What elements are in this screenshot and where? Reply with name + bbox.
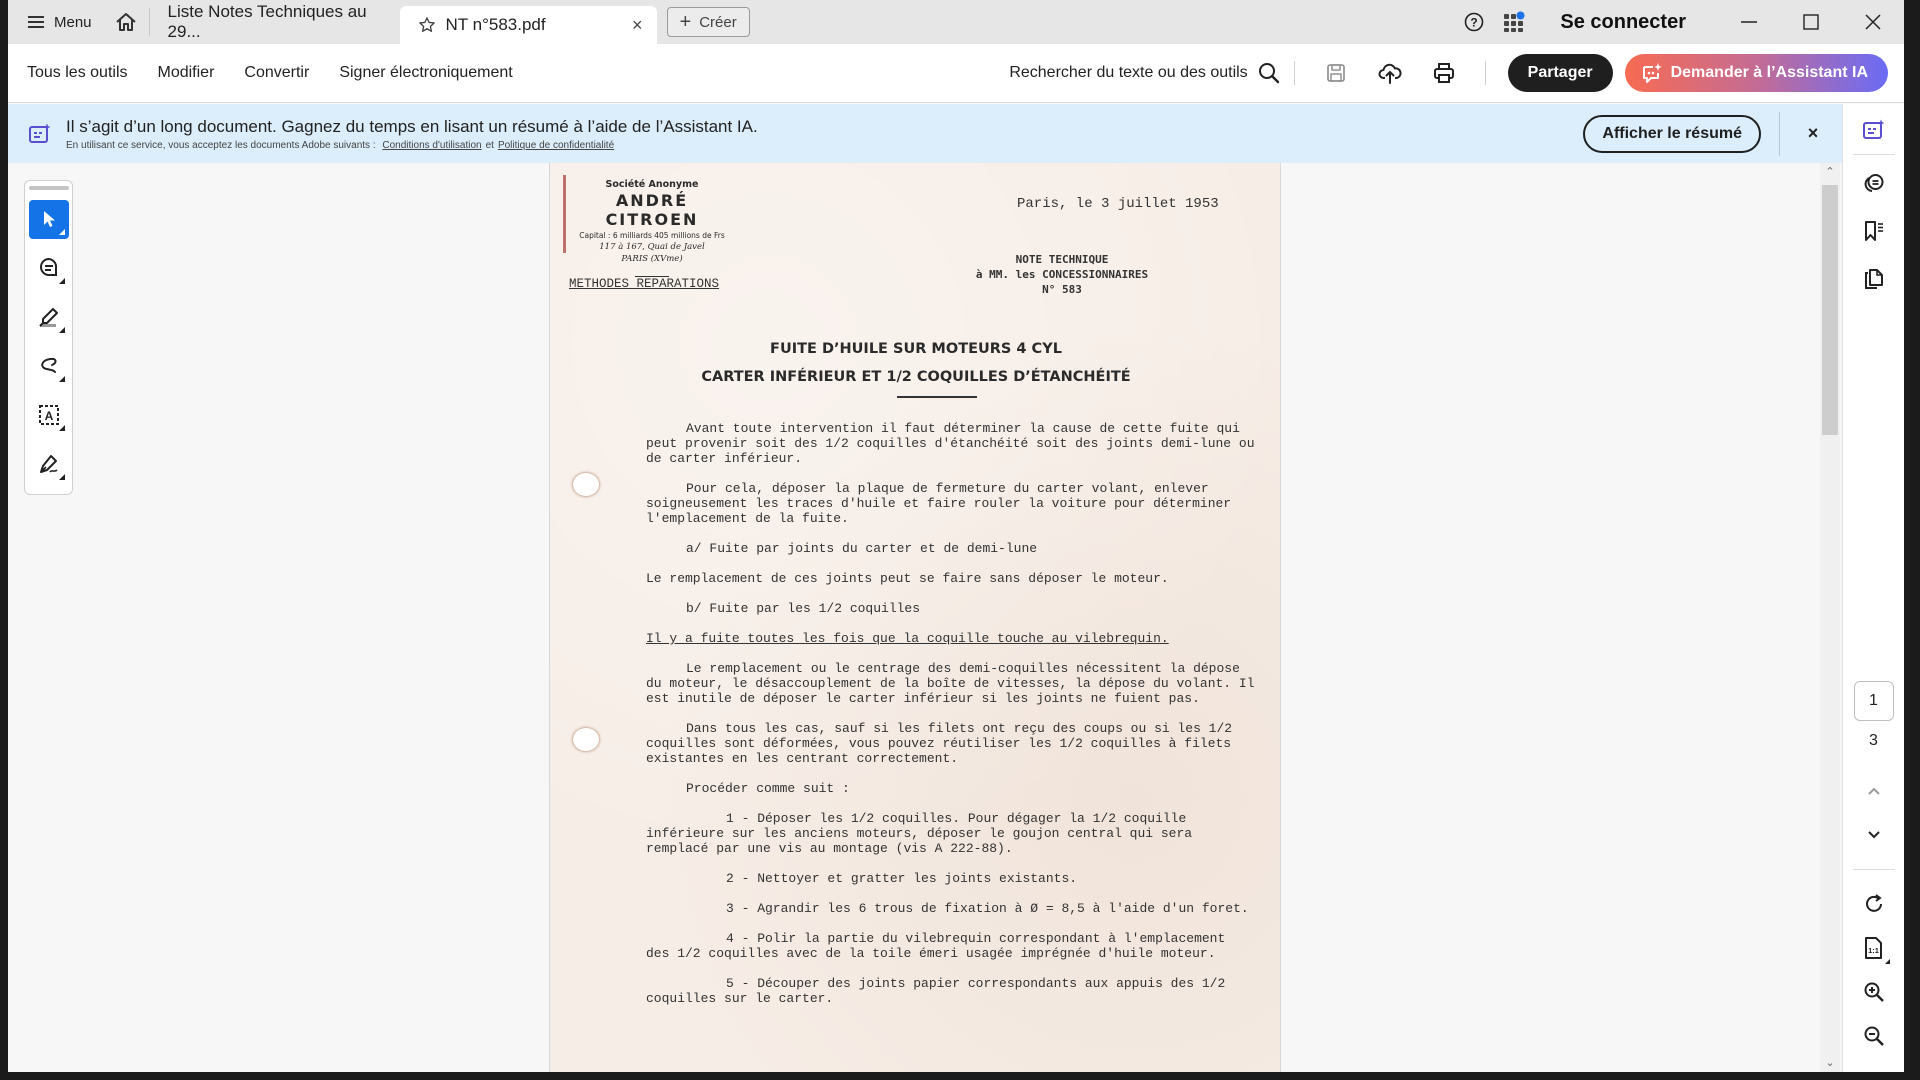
search-tools-button[interactable]: Rechercher du texte ou des outils xyxy=(1009,64,1247,82)
document-date: Paris, le 3 juillet 1953 xyxy=(1017,196,1219,212)
scroll-down-arrow[interactable]: ⌄ xyxy=(1820,1054,1840,1072)
zoom-in-icon xyxy=(1863,981,1885,1003)
next-page-button[interactable] xyxy=(1854,813,1894,857)
scrollbar-thumb[interactable] xyxy=(1822,185,1838,435)
hamburger-icon xyxy=(28,16,44,28)
tools-menu: Tous les outils Modifier Convertir Signe… xyxy=(8,64,513,82)
pages-icon xyxy=(1863,268,1885,290)
letterhead: Société Anonyme ANDRÉ CITROEN Capital : … xyxy=(572,179,732,277)
close-window-button[interactable] xyxy=(1842,0,1904,44)
star-icon[interactable] xyxy=(418,16,436,34)
pen-sign-icon xyxy=(38,453,60,475)
draw-tool[interactable] xyxy=(29,347,69,386)
print-button[interactable] xyxy=(1417,53,1471,93)
vertical-scrollbar[interactable]: ⌃ ⌄ xyxy=(1820,163,1840,1072)
divider xyxy=(1485,61,1486,85)
home-icon xyxy=(115,12,137,32)
divider xyxy=(1779,112,1780,156)
text-box-tool[interactable]: A xyxy=(29,396,69,435)
apps-grid-icon xyxy=(1503,11,1525,33)
sign-in-button[interactable]: Se connecter xyxy=(1560,11,1686,34)
actual-size-icon: 1:1 xyxy=(1863,936,1885,960)
screen-edge xyxy=(0,1072,1920,1080)
plus-icon: + xyxy=(680,12,692,32)
menu-button[interactable]: Menu xyxy=(8,0,104,44)
title-rule xyxy=(897,396,977,398)
menu-all-tools[interactable]: Tous les outils xyxy=(27,64,128,82)
highlight-tool[interactable] xyxy=(29,298,69,337)
document-viewer[interactable]: Société Anonyme ANDRÉ CITROEN Capital : … xyxy=(8,163,1842,1072)
zoom-out-button[interactable] xyxy=(1854,1014,1894,1058)
cursor-arrow-icon xyxy=(40,209,58,229)
bookmark-icon xyxy=(1863,220,1885,242)
document-body: Avant toute intervention il faut détermi… xyxy=(646,421,1256,1021)
create-label: Créer xyxy=(699,14,737,31)
ai-label: Demander à l’Assistant IA xyxy=(1671,64,1868,82)
tab-bar: Menu Liste Notes Techniques au 29... NT … xyxy=(8,0,1904,44)
menu-convert[interactable]: Convertir xyxy=(244,64,309,82)
show-summary-button[interactable]: Afficher le résumé xyxy=(1583,115,1761,153)
highlighter-icon xyxy=(38,306,60,328)
divider xyxy=(1853,869,1895,870)
printer-icon xyxy=(1433,62,1455,84)
pages-panel-button[interactable] xyxy=(1854,259,1894,299)
document-title: FUITE D’HUILE SUR MOTEURS 4 CYL xyxy=(550,341,1282,357)
banner-legal: En utilisant ce service, vous acceptez l… xyxy=(66,140,758,151)
close-banner-icon[interactable]: × xyxy=(1798,123,1828,144)
maximize-button[interactable] xyxy=(1780,0,1842,44)
home-button[interactable] xyxy=(104,8,150,36)
minimize-button[interactable] xyxy=(1718,0,1780,44)
ai-assistant-icon xyxy=(1641,62,1663,84)
save-icon xyxy=(1326,63,1346,83)
ai-summary-icon xyxy=(28,123,52,145)
total-pages: 3 xyxy=(1869,721,1878,761)
right-sidebar: 1 3 1:1 xyxy=(1842,104,1904,1072)
menu-label: Menu xyxy=(54,14,92,31)
punch-hole xyxy=(573,473,599,496)
search-icon[interactable] xyxy=(1258,62,1280,84)
chevron-down-icon xyxy=(1867,830,1881,840)
cloud-upload-icon xyxy=(1378,62,1402,84)
comments-icon xyxy=(1863,172,1885,194)
menu-edit[interactable]: Modifier xyxy=(158,64,215,82)
document-subtitle: CARTER INFÉRIEUR ET 1/2 COQUILLES D’ÉTAN… xyxy=(550,369,1282,385)
tab-liste-notes[interactable]: Liste Notes Techniques au 29... xyxy=(150,0,400,44)
rotate-button[interactable] xyxy=(1854,882,1894,926)
pdf-page: Société Anonyme ANDRÉ CITROEN Capital : … xyxy=(549,163,1281,1072)
maximize-icon xyxy=(1803,14,1819,30)
menu-esign[interactable]: Signer électroniquement xyxy=(339,64,512,82)
svg-text:1:1: 1:1 xyxy=(1868,946,1879,955)
current-page-input[interactable]: 1 xyxy=(1854,681,1894,721)
quick-tools-panel: A xyxy=(24,180,73,495)
bookmarks-panel-button[interactable] xyxy=(1854,211,1894,251)
minimize-icon xyxy=(1740,13,1758,31)
help-button[interactable]: ? xyxy=(1454,0,1494,44)
help-icon: ? xyxy=(1464,12,1484,32)
zoom-out-icon xyxy=(1863,1025,1885,1047)
close-icon xyxy=(1865,14,1881,30)
ai-summary-banner: Il s’agit d’un long document. Gagnez du … xyxy=(8,104,1842,163)
apps-button[interactable] xyxy=(1494,0,1534,44)
comments-panel-button[interactable] xyxy=(1854,163,1894,203)
drag-handle[interactable] xyxy=(29,186,69,190)
punch-hole xyxy=(573,728,599,751)
tab-label: Liste Notes Techniques au 29... xyxy=(168,2,382,42)
acrobat-window: Menu Liste Notes Techniques au 29... NT … xyxy=(8,0,1904,1072)
comment-tool[interactable] xyxy=(29,249,69,288)
freehand-draw-icon xyxy=(38,355,60,377)
ai-summary-icon xyxy=(1862,119,1886,141)
ai-summary-panel-button[interactable] xyxy=(1854,110,1894,150)
ink-mark xyxy=(563,175,566,253)
chevron-up-icon xyxy=(1867,786,1881,796)
tab-nt583[interactable]: NT n°583.pdf × xyxy=(400,6,657,44)
divider xyxy=(1294,61,1295,85)
text-box-icon: A xyxy=(38,404,60,426)
note-header: NOTE TECHNIQUE à MM. les CONCESSIONNAIRE… xyxy=(952,252,1172,297)
privacy-link[interactable]: Politique de confidentialité xyxy=(498,140,614,151)
select-tool[interactable] xyxy=(29,200,69,239)
close-tab-icon[interactable]: × xyxy=(632,15,643,36)
divider xyxy=(1853,154,1895,155)
share-button[interactable]: Partager xyxy=(1508,54,1613,92)
svg-text:?: ? xyxy=(1471,16,1478,30)
scroll-up-arrow[interactable]: ⌃ xyxy=(1820,163,1840,181)
previous-page-button[interactable] xyxy=(1854,769,1894,813)
actual-size-button[interactable]: 1:1 xyxy=(1854,926,1894,970)
create-button[interactable]: + Créer xyxy=(667,7,750,37)
ask-ai-assistant-button[interactable]: Demander à l’Assistant IA xyxy=(1625,54,1888,92)
banner-message: Il s’agit d’un long document. Gagnez du … xyxy=(66,117,758,137)
notification-dot xyxy=(1517,12,1525,20)
department: METHODES REPARATIONS xyxy=(569,277,719,291)
zoom-in-button[interactable] xyxy=(1854,970,1894,1014)
tab-label: NT n°583.pdf xyxy=(446,15,546,35)
main-toolbar: Tous les outils Modifier Convertir Signe… xyxy=(8,44,1904,103)
terms-link[interactable]: Conditions d'utilisation xyxy=(382,140,481,151)
comment-icon xyxy=(38,257,60,279)
rotate-icon xyxy=(1863,893,1885,915)
svg-text:A: A xyxy=(44,409,53,423)
sign-tool[interactable] xyxy=(29,445,69,484)
save-button[interactable] xyxy=(1309,53,1363,93)
upload-cloud-button[interactable] xyxy=(1363,53,1417,93)
